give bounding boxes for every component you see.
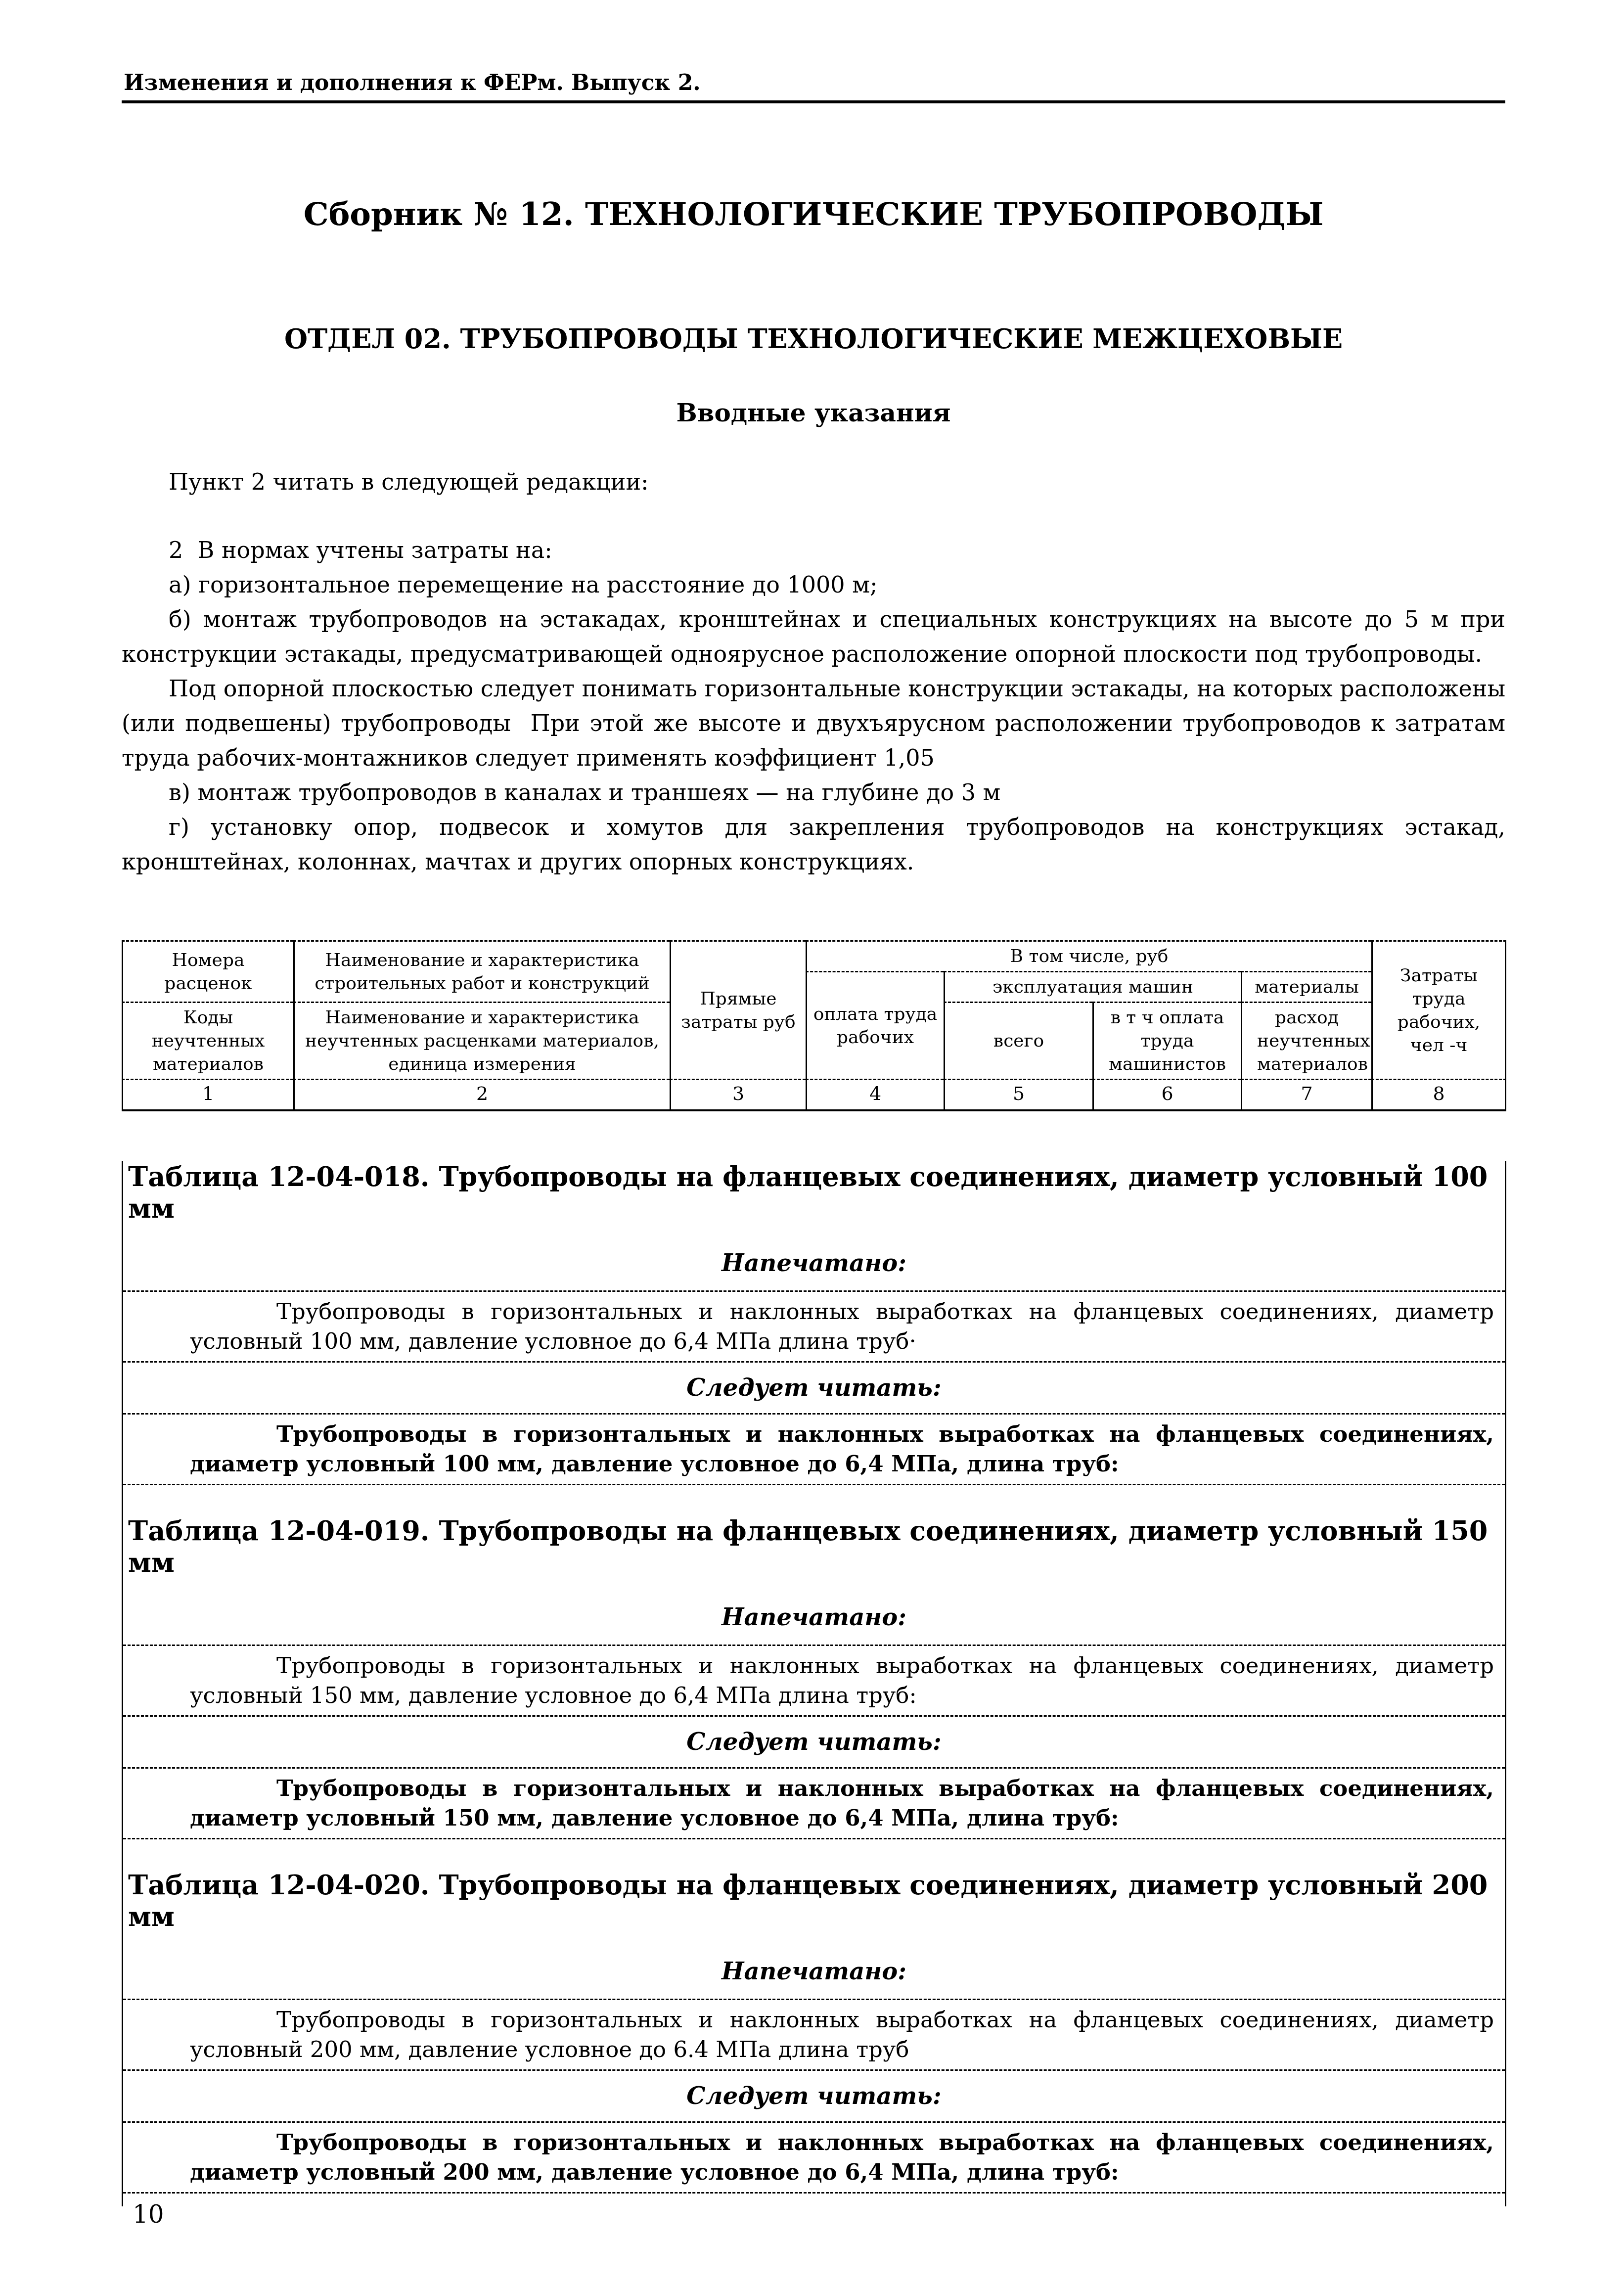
col-header-direct-costs: Прямые затраты руб xyxy=(670,940,806,1079)
table-heading-12-04-020: Таблица 12-04-020. Трубопроводы на фланц… xyxy=(123,1869,1505,1932)
running-head: Изменения и дополнения к ФЕРм. Выпуск 2. xyxy=(122,0,1505,103)
table-heading-12-04-019: Таблица 12-04-019. Трубопроводы на фланц… xyxy=(123,1515,1505,1578)
col-header-unaccounted-materials-name: Наименование и характеристика неучтенных… xyxy=(293,1002,670,1079)
col-number-5: 5 xyxy=(944,1079,1092,1111)
paragraph-item-a: а) горизонтальное перемещение на расстоя… xyxy=(122,567,1505,602)
should-read-label: Следует читать: xyxy=(123,2081,1505,2111)
should-read-text: Трубопроводы в горизонтальных и наклонны… xyxy=(190,1774,1494,1833)
col-number-4: 4 xyxy=(806,1079,944,1111)
col-number-6: 6 xyxy=(1092,1079,1241,1111)
correction-row-should-read: Трубопроводы в горизонтальных и наклонны… xyxy=(123,2121,1505,2194)
col-header-including-group: В том числе, руб xyxy=(806,940,1371,971)
should-read-text: Трубопроводы в горизонтальных и наклонны… xyxy=(190,1419,1494,1479)
intro-line: Пункт 2 читать в следующей редакции: xyxy=(122,464,1505,499)
section-heading: ОТДЕЛ 02. ТРУБОПРОВОДЫ ТЕХНОЛОГИЧЕСКИЕ М… xyxy=(122,323,1505,355)
paragraph-norms: 2 В нормах учтены затраты на: xyxy=(122,533,1505,567)
printed-text: Трубопроводы в горизонтальных и наклонны… xyxy=(190,1651,1494,1710)
page-number: 10 xyxy=(133,2200,164,2229)
rates-header-table: Номера расценок Наименование и характери… xyxy=(122,940,1506,1111)
col-number-3: 3 xyxy=(670,1079,806,1111)
document-title: Сборник № 12. ТЕХНОЛОГИЧЕСКИЕ ТРУБОПРОВО… xyxy=(122,196,1505,233)
should-read-text: Трубопроводы в горизонтальных и наклонны… xyxy=(190,2128,1494,2187)
col-header-materials-consumption: расход неучтенных материалов xyxy=(1241,1002,1371,1079)
printed-text: Трубопроводы в горизонтальных и наклонны… xyxy=(190,2005,1494,2064)
col-number-1: 1 xyxy=(122,1079,293,1111)
col-header-workers-pay: оплата труда рабочих xyxy=(806,971,944,1079)
col-number-7: 7 xyxy=(1241,1079,1371,1111)
col-header-materials-group: материалы xyxy=(1241,971,1371,1002)
printed-text: Трубопроводы в горизонтальных и наклонны… xyxy=(190,1297,1494,1356)
paragraph-item-g: г) установку опор, подвесок и хомутов дл… xyxy=(122,810,1505,879)
col-header-labor-costs: Затраты труда рабочих, чел -ч xyxy=(1371,940,1506,1079)
col-header-machinists-pay: в т ч оплата труда машинистов xyxy=(1092,1002,1241,1079)
correction-row-should-read: Трубопроводы в горизонтальных и наклонны… xyxy=(123,1413,1505,1485)
correction-row-should-read: Трубопроводы в горизонтальных и наклонны… xyxy=(123,1767,1505,1839)
printed-label: Напечатано: xyxy=(123,1602,1505,1633)
running-head-text: Изменения и дополнения к ФЕРм. Выпуск 2. xyxy=(124,70,701,95)
printed-label: Напечатано: xyxy=(123,1956,1505,1987)
col-header-rate-numbers: Номера расценок xyxy=(122,940,293,1002)
should-read-label: Следует читать: xyxy=(123,1372,1505,1403)
col-header-unaccounted-codes: Коды неучтенных материалов xyxy=(122,1002,293,1079)
introductory-paragraphs: 2 В нормах учтены затраты на: а) горизон… xyxy=(0,533,1624,879)
paragraph-support-plane: Под опорной плоскостью следует понимать … xyxy=(122,671,1505,775)
correction-row-printed: Трубопроводы в горизонтальных и наклонны… xyxy=(123,1290,1505,1363)
correction-row-printed: Трубопроводы в горизонтальных и наклонны… xyxy=(123,1645,1505,1717)
col-number-8: 8 xyxy=(1371,1079,1506,1111)
col-header-machines-total: всего xyxy=(944,1002,1092,1079)
document-page: Изменения и дополнения к ФЕРм. Выпуск 2.… xyxy=(0,0,1624,2286)
col-header-work-name: Наименование и характеристика строительн… xyxy=(293,940,670,1002)
paragraph-item-v: в) монтаж трубопроводов в каналах и тран… xyxy=(122,775,1505,810)
table-heading-12-04-018: Таблица 12-04-018. Трубопроводы на фланц… xyxy=(123,1161,1505,1224)
subsection-heading: Вводные указания xyxy=(122,398,1505,428)
col-number-2: 2 xyxy=(293,1079,670,1111)
corrections-body: Таблица 12-04-018. Трубопроводы на фланц… xyxy=(122,1161,1506,2206)
paragraph-item-b: б) монтаж трубопроводов на эстакадах, кр… xyxy=(122,602,1505,671)
col-header-machines-group: эксплуатация машин xyxy=(944,971,1241,1002)
correction-row-printed: Трубопроводы в горизонтальных и наклонны… xyxy=(123,1999,1505,2071)
printed-label: Напечатано: xyxy=(123,1248,1505,1279)
should-read-label: Следует читать: xyxy=(123,1727,1505,1757)
